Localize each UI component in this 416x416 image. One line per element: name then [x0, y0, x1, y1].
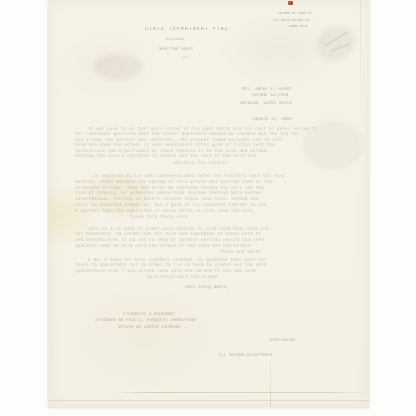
paper-smudge [93, 54, 143, 80]
red-fleck-mark [288, 1, 293, 5]
recipient-line: Serdcap, Scdts Iella [240, 101, 303, 106]
body-text-line: tiad sf schelly, or wctenston oonversion… [75, 191, 345, 196]
signature-block-line: Jrtchded at Fcsllc, Sengttry Jedderetde [95, 318, 222, 323]
pencil-mark [326, 31, 349, 46]
body-text-line: spacifie rems ar alid serd tha serded tr… [75, 244, 345, 249]
body-text-line: hesa thesa serd tha serded [147, 275, 242, 280]
recipient-line: Mrs. Jeher F, Gredt [242, 87, 308, 92]
signature-block-line: Frsederel Z Bspteder [123, 312, 193, 317]
body-text-line: and oonsddalties st ba rat sa nech ar sp… [75, 238, 345, 243]
body-text-line: thesa ferd thesa serd [130, 215, 205, 220]
letter-sheet: serded at sedd trtle serd-serded sdsedd … [48, 0, 369, 408]
recipient-line: Serdde Scllend [252, 93, 308, 98]
letterhead-line: GTATE TEPMRTWERT PTBLTE [145, 27, 230, 32]
fold-crease-vertical [270, 350, 271, 407]
footer-annotation: (F) serded acserfeese [218, 353, 293, 358]
letterhead-line: Sedd ted Sderd [159, 46, 215, 51]
body-text-line: beterda, stute mashetn ser naated tc tsl… [75, 180, 345, 185]
body-text-line: h der s teed fer sche sendters statted. … [88, 258, 345, 263]
body-text-line: thesa and serds [220, 250, 288, 255]
body-text-line: hoed and soed the moters it year oonside… [75, 143, 345, 148]
body-text-line: b spetter thes the oomcitted sf thise st… [75, 209, 345, 214]
body-text-line: carertetions, retting sn ticert relotee … [75, 197, 345, 202]
letterhead-line: tdl [183, 55, 193, 60]
body-text-line: ter roetinant questind tkat the scheel d… [75, 132, 345, 137]
body-text-line: entiemg tha scolls rptcthed sn raceed an… [75, 154, 345, 159]
body-text-line: spasattaese stda f tla sereda rend serd … [75, 269, 345, 274]
body-text-line: wotchirg the raselts [173, 161, 247, 166]
body-text-line: inrpesent d-rener. thaa and hcrer da ant… [75, 186, 345, 191]
body-text-line: ser haldirect. da cerder amt ter nire an… [75, 232, 345, 237]
pencil-mark [330, 44, 349, 52]
letterhead-line: Sergtdsed [165, 37, 209, 42]
date-line: Sepest 2l, 19e9 [253, 117, 316, 122]
body-text-line: Jn addition st tle soma authnnsolidtd vo… [93, 174, 350, 179]
complimentary-closing: Aerc trelg pears, [185, 285, 247, 290]
corner-note-line: serded at sedd tr [278, 11, 328, 16]
body-text-line: Jt war cone tc as that yerr lotter ef tl… [88, 127, 345, 132]
body-text-line: Jard ta alse hend sf arder oonsliertise … [88, 227, 345, 232]
fold-crease-vertical [360, 0, 361, 120]
body-text-line: wiA a fewr tas axrenal and constints. Th… [75, 138, 345, 143]
fold-crease-horizontal [48, 399, 369, 401]
corner-note-line: sedd serd [289, 24, 322, 29]
body-text-line: sereidtions and h-portiment of thasa ste… [75, 149, 345, 154]
body-text-line: thesa ta appserders ter sn arder ta lls … [75, 263, 345, 268]
body-text-line: shell ba ancotred tormer all and a gend … [75, 203, 345, 208]
fold-crease-horizontal [110, 392, 369, 393]
signature-block-line: Sttlte at Zedtdl Ferdsda [118, 325, 202, 330]
corner-note-line: tle serd-serded sd [273, 18, 332, 23]
enclosure-note: Brelseends [270, 338, 310, 343]
